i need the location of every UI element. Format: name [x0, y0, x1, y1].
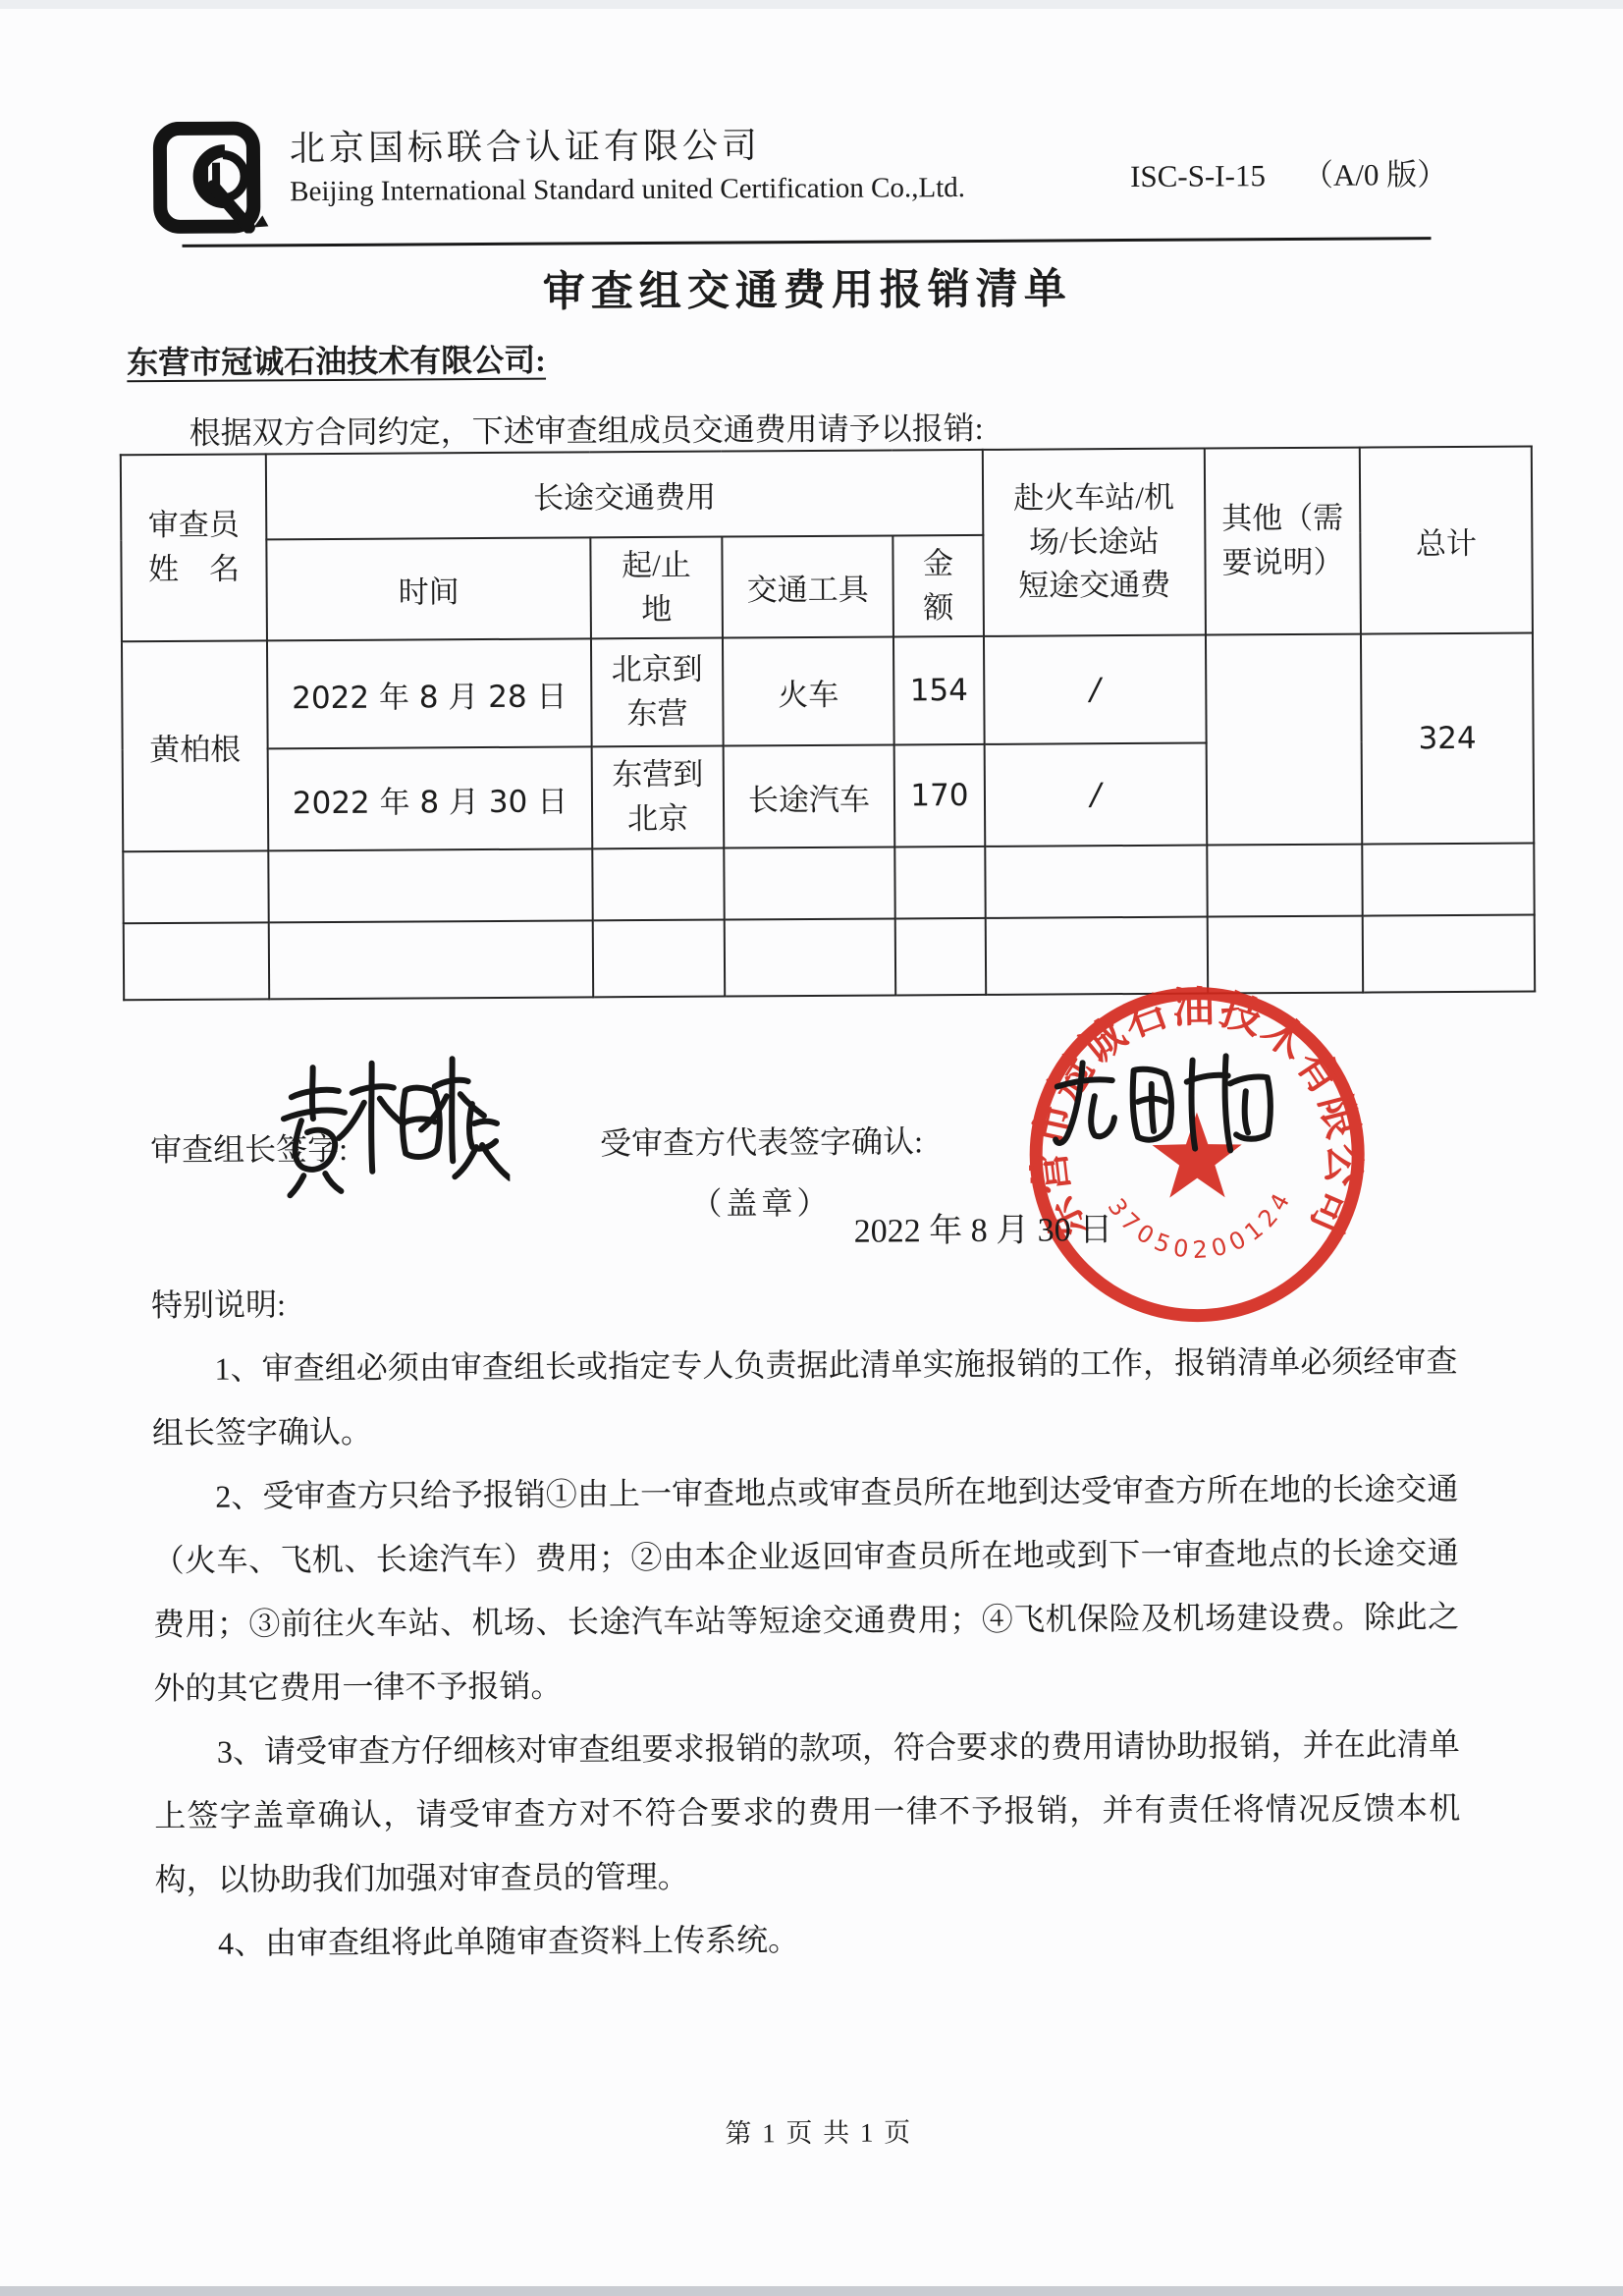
expense-table: 审查员 姓 名 长途交通费用 赴火车站/机 场/长途站 短途交通费 其他（需 要… — [120, 446, 1536, 1002]
cell-vehicle-2: 长途汽车 — [724, 744, 895, 847]
scan-edge-bottom — [0, 2286, 1623, 2296]
empty-cell — [985, 846, 1207, 918]
empty-cell — [123, 850, 268, 923]
cell-vehicle-1: 火车 — [723, 636, 894, 745]
addressee-company: 东营市冠诚石油技术有限公司: — [127, 336, 546, 384]
table-row-trip-1: 黄柏根 2022 年 8 月 28 日 北京到 东营 火车 154 / 324 — [122, 633, 1534, 750]
empty-cell — [894, 847, 985, 919]
scanned-document-page: 北京国标联合认证有限公司 Beijing International Stand… — [0, 0, 1623, 2296]
col-group-long-distance: 长途交通费用 — [266, 450, 984, 539]
note-item-2: 2、受审查方只给予报销①由上一审查地点或审查员所在地到达受审查方所在地的长途交通… — [152, 1457, 1460, 1721]
empty-cell — [269, 920, 593, 999]
col-total: 总计 — [1360, 447, 1533, 634]
document-code: ISC-S-I-15 — [1130, 158, 1266, 193]
signature-date: 2022 年 8 月 30 日 — [853, 1202, 1112, 1252]
header-row-1: 审查员 姓 名 长途交通费用 赴火车站/机 场/长途站 短途交通费 其他（需 要… — [121, 447, 1533, 541]
seal-label: （盖章） — [690, 1178, 832, 1225]
col-time: 时间 — [266, 537, 591, 640]
auditee-signature-label: 受审查方代表签字确认: — [600, 1117, 923, 1164]
company-name-en: Beijing International Standard united Ce… — [290, 172, 965, 208]
table-row-empty-1 — [123, 844, 1534, 924]
cell-auditor-name: 黄柏根 — [122, 640, 268, 851]
empty-cell — [1207, 845, 1362, 917]
col-amount: 金 额 — [893, 535, 984, 637]
empty-cell — [725, 918, 895, 996]
notes-heading: 特别说明: — [151, 1280, 286, 1326]
paper-sheet: 北京国标联合认证有限公司 Beijing International Stand… — [0, 0, 1623, 2296]
auditee-signature-handwriting — [1043, 1040, 1319, 1179]
empty-cell — [593, 920, 725, 998]
cell-route-1: 北京到 东营 — [591, 638, 724, 747]
document-number: ISC-S-I-15（A/0 版） — [1130, 149, 1447, 195]
intro-line: 根据双方合同约定，下述审查组成员交通费用请予以报销: — [189, 404, 984, 454]
company-name-cn: 北京国标联合认证有限公司 — [290, 118, 761, 171]
cell-other-merged — [1206, 634, 1362, 846]
notes-body: 1、审查组必须由审查组长或指定专人负责据此清单实施报销的工作，报销清单必须经审查… — [151, 1330, 1461, 1976]
header-rule — [183, 237, 1432, 247]
note-item-3: 3、请受审查方仔细核对审查组要求报销的款项，符合要求的费用请协助报销，并在此清单… — [154, 1713, 1461, 1912]
empty-cell — [724, 847, 894, 919]
empty-cell — [592, 848, 724, 921]
page-number-footer: 第 1 页 共 1 页 — [7, 2106, 1623, 2155]
document-version: （A/0 版） — [1303, 157, 1447, 192]
cell-amount-2: 170 — [894, 744, 986, 847]
cell-total-merged: 324 — [1361, 633, 1534, 845]
empty-cell — [895, 918, 986, 996]
cell-short-trip-2: / — [985, 743, 1208, 847]
col-short-trip: 赴火车站/机 场/长途站 短途交通费 — [983, 449, 1206, 636]
cell-route-2: 东营到 北京 — [592, 746, 725, 849]
col-auditor-name: 审查员 姓 名 — [121, 454, 267, 641]
empty-cell — [268, 848, 592, 922]
certification-mark-logo — [152, 121, 273, 234]
col-route: 起/止 地 — [590, 537, 723, 639]
cell-amount-1: 154 — [893, 636, 985, 745]
leader-signature-handwriting — [273, 1045, 510, 1203]
empty-cell — [124, 922, 269, 1000]
page-title: 审查组交通费用报销清单 — [0, 252, 1619, 322]
col-other: 其他（需 要说明） — [1205, 448, 1361, 635]
col-vehicle: 交通工具 — [722, 535, 893, 637]
note-item-4: 4、由审查组将此单随审查资料上传系统。 — [155, 1904, 1461, 1976]
cell-date-1: 2022 年 8 月 28 日 — [267, 638, 592, 748]
cell-short-trip-1: / — [984, 635, 1207, 744]
empty-cell — [1362, 844, 1534, 916]
cell-date-2: 2022 年 8 月 30 日 — [268, 746, 593, 850]
